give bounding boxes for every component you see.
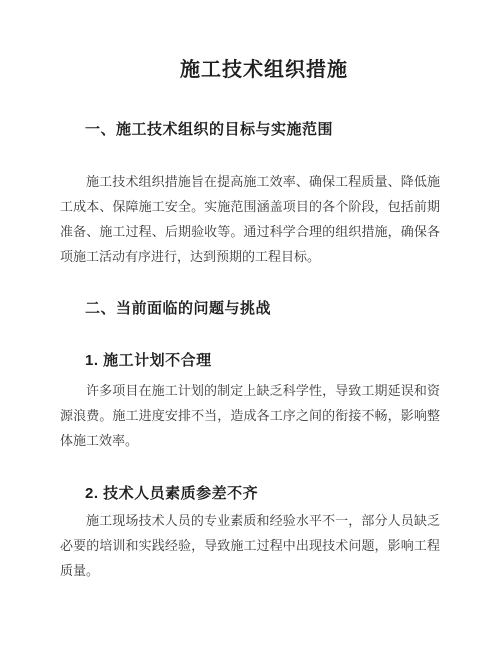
section-2-heading: 二、当前面临的问题与挑战 bbox=[85, 300, 440, 318]
document-page: 施工技术组织措施 一、施工技术组织的目标与实施范围 施工技术组织措施旨在提高施工… bbox=[0, 0, 500, 647]
section-1-heading: 一、施工技术组织的目标与实施范围 bbox=[85, 121, 440, 139]
subsection-2-paragraph: 施工现场技术人员的专业素质和经验水平不一，部分人员缺乏必要的培训和实践经验，导致… bbox=[60, 508, 440, 583]
document-title: 施工技术组织措施 bbox=[88, 55, 440, 85]
section-1-paragraph: 施工技术组织措施旨在提高施工效率、确保工程质量、降低施工成本、保障施工安全。实施… bbox=[60, 169, 440, 269]
subsection-1-heading: 1. 施工计划不合理 bbox=[85, 352, 440, 370]
subsection-2-heading: 2. 技术人员素质参差不齐 bbox=[85, 485, 440, 503]
subsection-1-paragraph: 许多项目在施工计划的制定上缺乏科学性，导致工期延误和资源浪费。施工进度安排不当，… bbox=[60, 378, 440, 453]
